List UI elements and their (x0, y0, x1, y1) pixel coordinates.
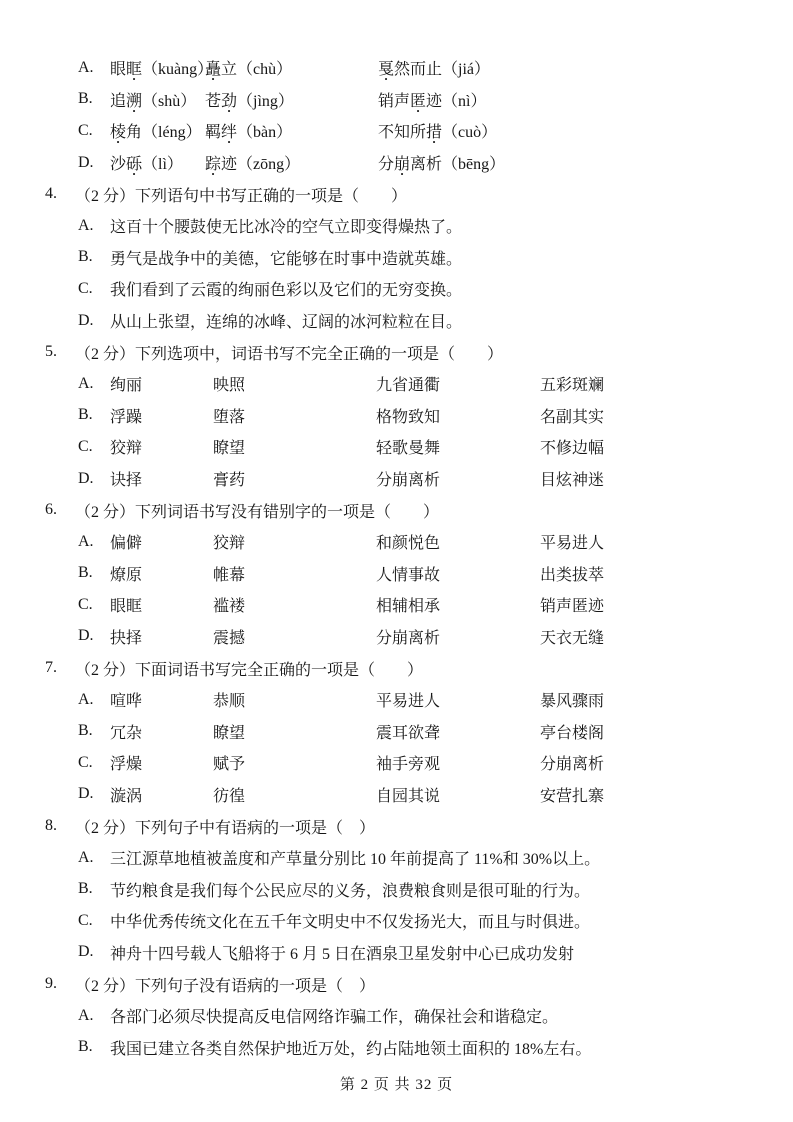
option-item: 自园其说 (376, 783, 540, 806)
option-item: 中华优秀传统文化在五千年文明史中不仅发扬光大，而且与时俱进。 (110, 909, 590, 932)
option-item: 追溯（shù） (110, 88, 205, 111)
question-4-option-B: B.勇气是战争中的美德，它能够在时事中造就英雄。 (45, 242, 763, 274)
option-item: 诀择 (110, 467, 213, 490)
question-7-option-C: C.浮燥赋予袖手旁观分崩离析 (45, 747, 763, 779)
question-4-header: 4.（2 分）下列语句中书写正确的一项是（ ） (45, 178, 763, 210)
option-label: B. (78, 722, 110, 740)
option-item: 褴褛 (213, 593, 376, 616)
option-item: 彷徨 (213, 783, 376, 806)
option-label: C. (78, 596, 110, 614)
option-label: A. (78, 849, 110, 867)
option-item: 沙砾（lì） (110, 151, 205, 174)
page-number-text: 第 2 页 共 32 页 (340, 1077, 453, 1093)
option-label: A. (78, 217, 110, 235)
emphasized-char: 绊 (221, 119, 237, 142)
question-9: 9.（2 分）下列句子没有语病的一项是（ ）A.各部门必须尽快提高反电信网络诈骗… (45, 968, 763, 1063)
question-3-options-option-D: D.沙砾（lì）踪迹（zōng）分崩离析（bēng） (45, 147, 763, 179)
option-label: B. (78, 90, 110, 108)
option-item: 分崩离析（bēng） (378, 151, 505, 174)
question-5-option-B: B.浮躁堕落格物致知名副其实 (45, 400, 763, 432)
question-3-options: A.眼眶（kuàng）矗立（chù）戛然而止（jiá）B.追溯（shù）苍劲（j… (45, 52, 763, 178)
option-item: 绚丽 (110, 372, 213, 395)
question-7-option-D: D.漩涡彷徨自园其说安营扎寨 (45, 779, 763, 811)
question-4-option-C: C.我们看到了云霞的绚丽色彩以及它们的无穷变换。 (45, 273, 763, 305)
option-item: 平易进人 (540, 530, 604, 553)
option-item: 人情事故 (376, 562, 540, 585)
option-label: A. (78, 375, 110, 393)
question-4-option-D: D.从山上张望，连绵的冰峰、辽阔的冰河粒粒在目。 (45, 305, 763, 337)
option-item: 暴风骤雨 (540, 688, 604, 711)
emphasized-char: 溯 (126, 88, 142, 111)
option-item: 格物致知 (376, 404, 540, 427)
option-item: 戛然而止（jiá） (378, 56, 490, 79)
option-item: 映照 (213, 372, 376, 395)
option-item: 震耳欲聋 (376, 720, 540, 743)
question-number: 5. (45, 343, 75, 361)
question-stem: （2 分）下列词语书写没有错别字的一项是（ ） (75, 499, 439, 522)
option-item: 销声匿迹（nì） (378, 88, 486, 111)
option-item: 袖手旁观 (376, 751, 540, 774)
option-label: B. (78, 406, 110, 424)
question-7-option-B: B.冗杂瞭望震耳欲聋亭台楼阁 (45, 715, 763, 747)
exam-content: A.眼眶（kuàng）矗立（chù）戛然而止（jiá）B.追溯（shù）苍劲（j… (45, 52, 763, 1063)
emphasized-char: 劲 (221, 88, 237, 111)
option-item: 浮燥 (110, 751, 213, 774)
question-9-option-A: A.各部门必须尽快提高反电信网络诈骗工作，确保社会和谐稳定。 (45, 1000, 763, 1032)
option-item: 我国已建立各类自然保护地近万处，约占陆地领土面积的 18%左右。 (110, 1036, 591, 1059)
question-stem: （2 分）下列选项中，词语书写不完全正确的一项是（ ） (75, 341, 503, 364)
option-label: C. (78, 912, 110, 930)
option-item: 销声匿迹 (540, 593, 604, 616)
question-7-option-A: A.喧哗恭顺平易进人暴风骤雨 (45, 684, 763, 716)
option-label: B. (78, 880, 110, 898)
page-footer: 第 2 页 共 32 页 (0, 1073, 793, 1094)
question-6: 6.（2 分）下列词语书写没有错别字的一项是（ ）A.偏僻狡辩和颜悦色平易进人B… (45, 494, 763, 652)
emphasized-char: 崩 (394, 151, 410, 174)
question-9-header: 9.（2 分）下列句子没有语病的一项是（ ） (45, 968, 763, 1000)
option-label: C. (78, 438, 110, 456)
option-label: D. (78, 470, 110, 488)
question-5-option-D: D.诀择膏药分崩离析目炫神迷 (45, 463, 763, 495)
emphasized-char: 匿 (410, 88, 426, 111)
question-number: 4. (45, 185, 75, 203)
question-6-option-A: A.偏僻狡辩和颜悦色平易进人 (45, 526, 763, 558)
emphasized-char: 眶 (126, 56, 142, 79)
option-item: 天衣无缝 (540, 625, 604, 648)
option-item: 眼眶（kuàng） (110, 56, 205, 79)
question-6-option-D: D.抉择震撼分崩离析天衣无缝 (45, 621, 763, 653)
option-item: 喧哗 (110, 688, 213, 711)
option-item: 相辅相承 (376, 593, 540, 616)
option-item: 不修边幅 (540, 435, 604, 458)
option-item: 从山上张望，连绵的冰峰、辽阔的冰河粒粒在目。 (110, 309, 462, 332)
option-item: 安营扎寨 (540, 783, 604, 806)
option-item: 矗立（chù） (205, 56, 378, 79)
option-item: 节约粮食是我们每个公民应尽的义务，浪费粮食则是很可耻的行为。 (110, 878, 590, 901)
question-8-option-C: C.中华优秀传统文化在五千年文明史中不仅发扬光大，而且与时俱进。 (45, 905, 763, 937)
question-number: 9. (45, 975, 75, 993)
question-stem: （2 分）下列句子中有语病的一项是（ ） (75, 815, 375, 838)
option-item: 帷幕 (213, 562, 376, 585)
question-3-options-option-C: C.棱角（léng）羁绊（bàn）不知所措（cuò） (45, 115, 763, 147)
question-number: 7. (45, 659, 75, 677)
option-item: 抉择 (110, 625, 213, 648)
question-3-options-option-A: A.眼眶（kuàng）矗立（chù）戛然而止（jiá） (45, 52, 763, 84)
exam-page: A.眼眶（kuàng）矗立（chù）戛然而止（jiá）B.追溯（shù）苍劲（j… (0, 0, 793, 1122)
emphasized-char: 矗 (205, 56, 221, 79)
question-6-option-C: C.眼眶褴褛相辅相承销声匿迹 (45, 589, 763, 621)
option-item: 平易进人 (376, 688, 540, 711)
question-8: 8.（2 分）下列句子中有语病的一项是（ ）A.三江源草地植被盖度和产草量分别比… (45, 810, 763, 968)
emphasized-char: 踪 (205, 151, 221, 174)
option-item: 苍劲（jìng） (205, 88, 378, 111)
option-item: 分崩离析 (540, 751, 604, 774)
option-item: 出类拔萃 (540, 562, 604, 585)
option-item: 眼眶 (110, 593, 213, 616)
option-item: 各部门必须尽快提高反电信网络诈骗工作，确保社会和谐稳定。 (110, 1004, 558, 1027)
option-label: A. (78, 691, 110, 709)
option-item: 恭顺 (213, 688, 376, 711)
option-label: D. (78, 627, 110, 645)
option-item: 瞭望 (213, 720, 376, 743)
option-label: D. (78, 785, 110, 803)
option-label: C. (78, 122, 110, 140)
question-stem: （2 分）下列语句中书写正确的一项是（ ） (75, 183, 407, 206)
question-4-option-A: A.这百十个腰鼓使无比冰冷的空气立即变得燥热了。 (45, 210, 763, 242)
option-item: 和颜悦色 (376, 530, 540, 553)
option-label: A. (78, 59, 110, 77)
option-label: A. (78, 533, 110, 551)
option-item: 亭台楼阁 (540, 720, 604, 743)
option-item: 冗杂 (110, 720, 213, 743)
question-8-option-D: D.神舟十四号载人飞船将于 6 月 5 日在酒泉卫星发射中心已成功发射 (45, 937, 763, 969)
option-item: 赋予 (213, 751, 376, 774)
option-item: 震撼 (213, 625, 376, 648)
question-5-header: 5.（2 分）下列选项中，词语书写不完全正确的一项是（ ） (45, 336, 763, 368)
option-item: 三江源草地植被盖度和产草量分别比 10 年前提高了 11%和 30%以上。 (110, 846, 600, 869)
question-3-options-option-B: B.追溯（shù）苍劲（jìng）销声匿迹（nì） (45, 84, 763, 116)
emphasized-char: 棱 (110, 119, 126, 142)
question-9-option-B: B.我国已建立各类自然保护地近万处，约占陆地领土面积的 18%左右。 (45, 1031, 763, 1063)
option-item: 狡辩 (110, 435, 213, 458)
option-label: C. (78, 754, 110, 772)
option-label: B. (78, 1038, 110, 1056)
option-item: 漩涡 (110, 783, 213, 806)
option-label: D. (78, 943, 110, 961)
option-item: 燎原 (110, 562, 213, 585)
option-item: 这百十个腰鼓使无比冰冷的空气立即变得燥热了。 (110, 214, 462, 237)
option-item: 羁绊（bàn） (205, 119, 378, 142)
option-item: 我们看到了云霞的绚丽色彩以及它们的无穷变换。 (110, 277, 462, 300)
question-8-option-A: A.三江源草地植被盖度和产草量分别比 10 年前提高了 11%和 30%以上。 (45, 842, 763, 874)
option-item: 勇气是战争中的美德，它能够在时事中造就英雄。 (110, 246, 462, 269)
option-item: 九省通衢 (376, 372, 540, 395)
option-label: B. (78, 248, 110, 266)
emphasized-char: 砾 (126, 151, 142, 174)
option-item: 轻歌曼舞 (376, 435, 540, 458)
emphasized-char: 戛 (378, 56, 394, 79)
option-item: 踪迹（zōng） (205, 151, 378, 174)
option-label: D. (78, 154, 110, 172)
question-5-option-A: A.绚丽映照九省通衢五彩斑斓 (45, 368, 763, 400)
option-item: 偏僻 (110, 530, 213, 553)
question-4: 4.（2 分）下列语句中书写正确的一项是（ ）A.这百十个腰鼓使无比冰冷的空气立… (45, 178, 763, 336)
option-item: 五彩斑斓 (540, 372, 604, 395)
question-stem: （2 分）下面词语书写完全正确的一项是（ ） (75, 657, 423, 680)
option-item: 神舟十四号载人飞船将于 6 月 5 日在酒泉卫星发射中心已成功发射 (110, 941, 574, 964)
option-label: B. (78, 564, 110, 582)
question-7: 7.（2 分）下面词语书写完全正确的一项是（ ）A.喧哗恭顺平易进人暴风骤雨B.… (45, 652, 763, 810)
question-7-header: 7.（2 分）下面词语书写完全正确的一项是（ ） (45, 652, 763, 684)
question-number: 8. (45, 817, 75, 835)
option-item: 分崩离析 (376, 625, 540, 648)
option-item: 堕落 (213, 404, 376, 427)
option-item: 不知所措（cuò） (378, 119, 497, 142)
question-6-header: 6.（2 分）下列词语书写没有错别字的一项是（ ） (45, 494, 763, 526)
question-8-option-B: B.节约粮食是我们每个公民应尽的义务，浪费粮食则是很可耻的行为。 (45, 873, 763, 905)
option-item: 膏药 (213, 467, 376, 490)
question-number: 6. (45, 501, 75, 519)
option-label: C. (78, 280, 110, 298)
option-item: 目炫神迷 (540, 467, 604, 490)
option-label: D. (78, 312, 110, 330)
question-8-header: 8.（2 分）下列句子中有语病的一项是（ ） (45, 810, 763, 842)
question-5-option-C: C.狡辩瞭望轻歌曼舞不修边幅 (45, 431, 763, 463)
option-item: 狡辩 (213, 530, 376, 553)
option-item: 分崩离析 (376, 467, 540, 490)
option-label: A. (78, 1007, 110, 1025)
emphasized-char: 措 (426, 119, 442, 142)
question-stem: （2 分）下列句子没有语病的一项是（ ） (75, 973, 375, 996)
question-5: 5.（2 分）下列选项中，词语书写不完全正确的一项是（ ）A.绚丽映照九省通衢五… (45, 336, 763, 494)
option-item: 瞭望 (213, 435, 376, 458)
option-item: 棱角（léng） (110, 119, 205, 142)
question-6-option-B: B.燎原帷幕人情事故出类拔萃 (45, 558, 763, 590)
option-item: 名副其实 (540, 404, 604, 427)
option-item: 浮躁 (110, 404, 213, 427)
